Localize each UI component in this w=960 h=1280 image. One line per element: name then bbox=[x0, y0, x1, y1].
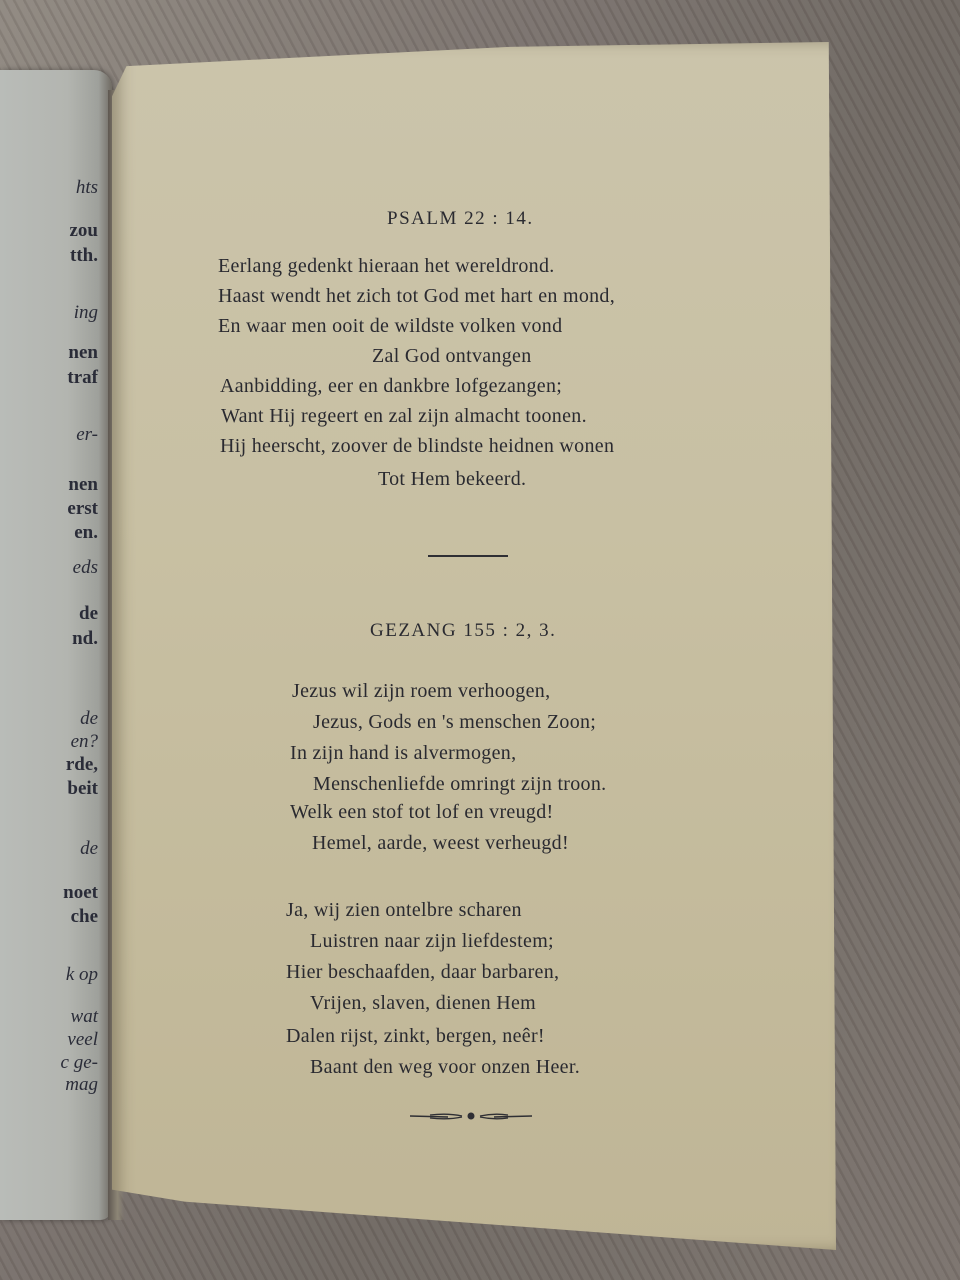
gezang-line: Jezus wil zijn roem verhoogen, bbox=[292, 680, 550, 703]
gezang-line: Jezus, Gods en 's menschen Zoon; bbox=[313, 711, 596, 734]
left-page-text-fragment: de bbox=[80, 708, 98, 730]
psalm-line: Aanbidding, eer en dankbre lofgezangen; bbox=[220, 375, 562, 398]
gezang-line: Vrijen, slaven, dienen Hem bbox=[310, 992, 536, 1015]
left-page-text-fragment: tth. bbox=[70, 245, 98, 267]
left-page-text-fragment: nen bbox=[68, 474, 98, 496]
left-page-text-fragment: zou bbox=[70, 220, 99, 242]
gezang-line: Dalen rijst, zinkt, bergen, neêr! bbox=[286, 1025, 545, 1048]
gezang-line: Welk een stof tot lof en vreugd! bbox=[290, 801, 553, 824]
left-page-text-fragment: erst bbox=[67, 498, 98, 520]
psalm-line: Haast wendt het zich tot God met hart en… bbox=[218, 285, 615, 308]
psalm-line: Hij heerscht, zoover de blindste heidnen… bbox=[220, 435, 614, 458]
left-page-text-fragment: nd. bbox=[72, 628, 98, 650]
psalm-line: En waar men ooit de wildste volken vond bbox=[218, 315, 562, 338]
left-page-text-fragment: er- bbox=[76, 424, 98, 446]
left-page-text-fragment: noet bbox=[63, 882, 98, 904]
section-divider bbox=[428, 555, 508, 557]
left-page-text-fragment: c ge- bbox=[61, 1052, 98, 1074]
left-page-text-fragment: k op bbox=[66, 964, 98, 986]
gezang-line: In zijn hand is alvermogen, bbox=[290, 742, 516, 765]
psalm-line: Tot Hem bekeerd. bbox=[378, 468, 526, 491]
left-page-text-fragment: hts bbox=[76, 177, 98, 199]
left-page-text-fragment: wat bbox=[71, 1006, 98, 1028]
gezang-line: Baant den weg voor onzen Heer. bbox=[310, 1056, 580, 1079]
end-ornament-icon bbox=[408, 1108, 534, 1124]
left-page-text-fragment: nen bbox=[68, 342, 98, 364]
psalm-heading: PSALM 22 : 14. bbox=[387, 208, 534, 230]
gezang-line: Luistren naar zijn liefdestem; bbox=[310, 930, 554, 953]
left-page-text-fragment: rde, bbox=[66, 754, 98, 776]
gezang-heading: GEZANG 155 : 2, 3. bbox=[370, 620, 556, 642]
psalm-line: Zal God ontvangen bbox=[372, 345, 532, 368]
psalm-line: Want Hij regeert en zal zijn almacht too… bbox=[221, 405, 587, 428]
psalm-line: Eerlang gedenkt hieraan het wereldrond. bbox=[218, 255, 555, 278]
left-page-text-fragment: en. bbox=[74, 522, 98, 544]
left-page-text-fragment: de bbox=[79, 603, 98, 625]
left-page-text-fragment: mag bbox=[65, 1074, 98, 1096]
left-page-text-fragment: veel bbox=[67, 1029, 98, 1051]
gezang-line: Ja, wij zien ontelbre scharen bbox=[286, 899, 522, 922]
gezang-line: Hier beschaafden, daar barbaren, bbox=[286, 961, 559, 984]
left-page-text-fragment: ing bbox=[74, 302, 98, 324]
left-page-text-fragment: eds bbox=[73, 557, 98, 579]
left-page-text-fragment: beit bbox=[67, 778, 98, 800]
left-page-text-fragment: che bbox=[71, 906, 98, 928]
left-page-text-fragment: traf bbox=[67, 367, 98, 389]
left-page-text-fragment: en? bbox=[71, 731, 98, 753]
left-page-text-fragment: de bbox=[80, 838, 98, 860]
left-page: htszoutth.ingnentrafer-nenersten.edsdend… bbox=[0, 70, 112, 1220]
gezang-line: Menschenliefde omringt zijn troon. bbox=[313, 773, 606, 796]
gezang-line: Hemel, aarde, weest verheugd! bbox=[312, 832, 569, 855]
